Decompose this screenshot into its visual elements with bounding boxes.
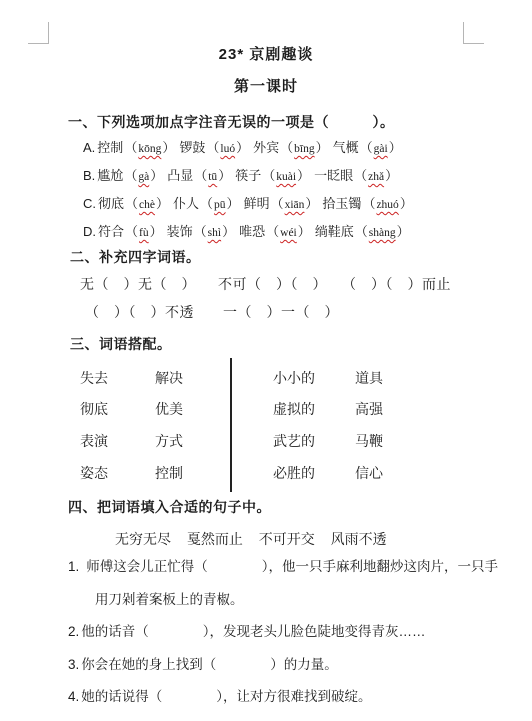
paren-open: （: [354, 168, 367, 183]
word: 仆人: [173, 196, 199, 211]
page-margin-mark-top-right: [463, 22, 484, 44]
worksheet-page: 23* 京剧趣谈 第一课时 一、下列选项加点字注音无误的一项是（ ）。 A.控制…: [0, 0, 532, 721]
word: 拾玉镯: [322, 196, 361, 211]
match-word: 表演: [80, 431, 108, 451]
paren-open: （: [124, 168, 137, 183]
word: 凸显: [167, 168, 193, 183]
paren-open: （: [124, 140, 137, 155]
word-pinyin-pair: 锣鼓（luó）: [179, 140, 250, 155]
pinyin-annotation: pū: [214, 199, 226, 211]
pinyin-annotation: tū: [208, 171, 217, 183]
word-pinyin-pair: 筷子（kuài）: [235, 168, 311, 183]
question-number: 3.: [68, 657, 79, 672]
word: 彻底: [98, 196, 124, 211]
option-c-row: C.彻底（chè）仆人（pū）鲜明（xiān）拾玉镯（zhuó）: [83, 196, 417, 212]
match-word: 优美: [155, 399, 183, 419]
paren-close: ）: [162, 140, 175, 155]
fill-blank-line-2: （ ）（ ）不透 一（ ）一（ ）: [85, 304, 339, 322]
paren-open: （: [280, 140, 293, 155]
question-2: 2.他的话音（ ），发现老头儿脸色陡地变得青灰……: [68, 624, 426, 641]
word-pinyin-pair: 控制（kōng）: [97, 140, 176, 155]
match-word: 控制: [155, 463, 183, 483]
match-word: 失去: [80, 368, 108, 388]
paren-close: ）: [397, 224, 410, 239]
paren-open: （: [355, 224, 368, 239]
match-word: 彻底: [80, 399, 108, 419]
option-a-row: A.控制（kōng）锣鼓（luó）外宾（bīng）气概（gài）: [83, 140, 406, 156]
match-word: 道具: [355, 368, 383, 388]
word: 一眨眼: [314, 168, 353, 183]
matching-row: 姿态 控制 必胜的 信心: [0, 463, 532, 480]
paren-open: （: [125, 196, 138, 211]
fill-blank-line-1: 无（ ）无（ ） 不可（ ）（ ） （ ）（ ）而止: [80, 276, 451, 294]
question-number: 1.: [68, 559, 79, 574]
paren-open: （: [206, 140, 219, 155]
word-pinyin-pair: 尴尬（gà）: [97, 168, 164, 183]
paren-open: （: [362, 196, 375, 211]
paren-close: ）: [150, 168, 163, 183]
question-text: 她的话说得（ ），让对方很难找到破绽。: [81, 689, 371, 704]
match-word: 必胜的: [273, 463, 315, 483]
matching-row: 失去 解决 小小的 道具: [0, 368, 532, 385]
page-title: 23* 京剧趣谈: [0, 46, 532, 65]
pinyin-annotation: shì: [208, 227, 221, 239]
question-number: 2.: [68, 624, 79, 639]
paren-close: ）: [297, 168, 310, 183]
pinyin-annotation: shàng: [369, 227, 396, 239]
word-bank-item: 不可开交: [259, 531, 315, 547]
word-pinyin-pair: 鲜明（xiān）: [244, 196, 320, 211]
paren-open: （: [262, 168, 275, 183]
section3-heading: 三、词语搭配。: [70, 336, 172, 354]
question-text: 你会在她的身上找到（ ）的力量。: [81, 657, 338, 672]
paren-open: （: [125, 224, 138, 239]
match-word: 武艺的: [273, 431, 315, 451]
paren-close: ）: [218, 168, 231, 183]
word-pinyin-pair: 唯恐（wéi）: [239, 224, 312, 239]
option-b-label: B.: [83, 168, 95, 183]
question-number: 4.: [68, 689, 79, 704]
paren-close: ）: [222, 224, 235, 239]
word-pinyin-pair: 符合（fù）: [98, 224, 164, 239]
paren-open: （: [194, 168, 207, 183]
pinyin-annotation: chè: [139, 199, 155, 211]
paren-close: ）: [298, 224, 311, 239]
pinyin-annotation: kuài: [276, 171, 296, 183]
pinyin-annotation: bīng: [294, 143, 314, 155]
match-word: 姿态: [80, 463, 108, 483]
paren-open: （: [360, 140, 373, 155]
word: 外宾: [253, 140, 279, 155]
word-pinyin-pair: 凸显（tū）: [167, 168, 232, 183]
question-text: 他的话音（ ），发现老头儿脸色陡地变得青灰……: [81, 624, 425, 639]
paren-open: （: [271, 196, 284, 211]
option-a-label: A.: [83, 140, 95, 155]
paren-close: ）: [156, 196, 169, 211]
question-text: 师傅这会儿正忙得（ ），他一只手麻利地翻炒这肉片，一只手: [86, 559, 498, 574]
question-4: 4.她的话说得（ ），让对方很难找到破绽。: [68, 689, 372, 706]
match-word: 马鞭: [355, 431, 383, 451]
pinyin-annotation: wéi: [280, 227, 297, 239]
match-word: 方式: [155, 431, 183, 451]
word-pinyin-pair: 彻底（chè）: [98, 196, 170, 211]
pinyin-annotation: xiān: [285, 199, 305, 211]
question-3: 3.你会在她的身上找到（ ）的力量。: [68, 657, 338, 674]
word-bank-item: 戛然而止: [187, 531, 243, 547]
paren-open: （: [200, 196, 213, 211]
word: 筷子: [235, 168, 261, 183]
paren-close: ）: [400, 196, 413, 211]
pinyin-annotation: kōng: [138, 143, 161, 155]
match-word: 虚拟的: [273, 399, 315, 419]
match-word: 解决: [155, 368, 183, 388]
section2-heading: 二、补充四字词语。: [70, 249, 201, 267]
word: 鲜明: [244, 196, 270, 211]
paren-close: ）: [236, 140, 249, 155]
word-bank: 无穷无尽 戛然而止 不可开交 风雨不透: [115, 531, 399, 549]
pinyin-annotation: fù: [139, 227, 149, 239]
word-pinyin-pair: 装饰（shì）: [167, 224, 236, 239]
question-1-continuation: 用刀剁着案板上的青椒。: [95, 592, 244, 609]
word-pinyin-pair: 绱鞋底（shàng）: [315, 224, 411, 239]
match-word: 信心: [355, 463, 383, 483]
word: 尴尬: [97, 168, 123, 183]
section4-heading: 四、把词语填入合适的句子中。: [68, 499, 271, 517]
word: 控制: [97, 140, 123, 155]
option-c-label: C.: [83, 196, 96, 211]
word: 锣鼓: [179, 140, 205, 155]
word: 唯恐: [239, 224, 265, 239]
lesson-subtitle: 第一课时: [0, 78, 532, 97]
word-bank-item: 无穷无尽: [115, 531, 171, 547]
word-bank-item: 风雨不透: [331, 531, 387, 547]
pinyin-annotation: gài: [374, 143, 388, 155]
word-pinyin-pair: 拾玉镯（zhuó）: [322, 196, 413, 211]
pinyin-annotation: luó: [220, 143, 235, 155]
word-pinyin-pair: 仆人（pū）: [173, 196, 241, 211]
question-1: 1.师傅这会儿正忙得（ ），他一只手麻利地翻炒这肉片，一只手: [68, 559, 498, 576]
matching-row: 彻底 优美 虚拟的 高强: [0, 399, 532, 416]
paren-close: ）: [385, 168, 398, 183]
paren-close: ）: [389, 140, 402, 155]
word-pinyin-pair: 一眨眼（zhǎ）: [314, 168, 399, 183]
paren-close: ）: [227, 196, 240, 211]
pinyin-annotation: zhuó: [376, 199, 398, 211]
option-d-label: D.: [83, 224, 96, 239]
word: 绱鞋底: [315, 224, 354, 239]
match-word: 小小的: [273, 368, 315, 388]
word: 装饰: [167, 224, 193, 239]
word-pinyin-pair: 气概（gài）: [333, 140, 403, 155]
word: 符合: [98, 224, 124, 239]
match-word: 高强: [355, 399, 383, 419]
paren-open: （: [194, 224, 207, 239]
option-d-row: D.符合（fù）装饰（shì）唯恐（wéi）绱鞋底（shàng）: [83, 224, 414, 240]
paren-open: （: [266, 224, 279, 239]
matching-row: 表演 方式 武艺的 马鞭: [0, 431, 532, 448]
word-pinyin-pair: 外宾（bīng）: [253, 140, 330, 155]
section1-heading: 一、下列选项加点字注音无误的一项是（ ）。: [68, 114, 395, 132]
word: 气概: [333, 140, 359, 155]
pinyin-annotation: zhǎ: [368, 171, 384, 183]
option-b-row: B.尴尬（gà）凸显（tū）筷子（kuài）一眨眼（zhǎ）: [83, 168, 402, 184]
pinyin-annotation: gà: [138, 171, 149, 183]
page-margin-mark-top-left: [28, 22, 49, 44]
paren-close: ）: [316, 140, 329, 155]
paren-close: ）: [150, 224, 163, 239]
paren-close: ）: [305, 196, 318, 211]
